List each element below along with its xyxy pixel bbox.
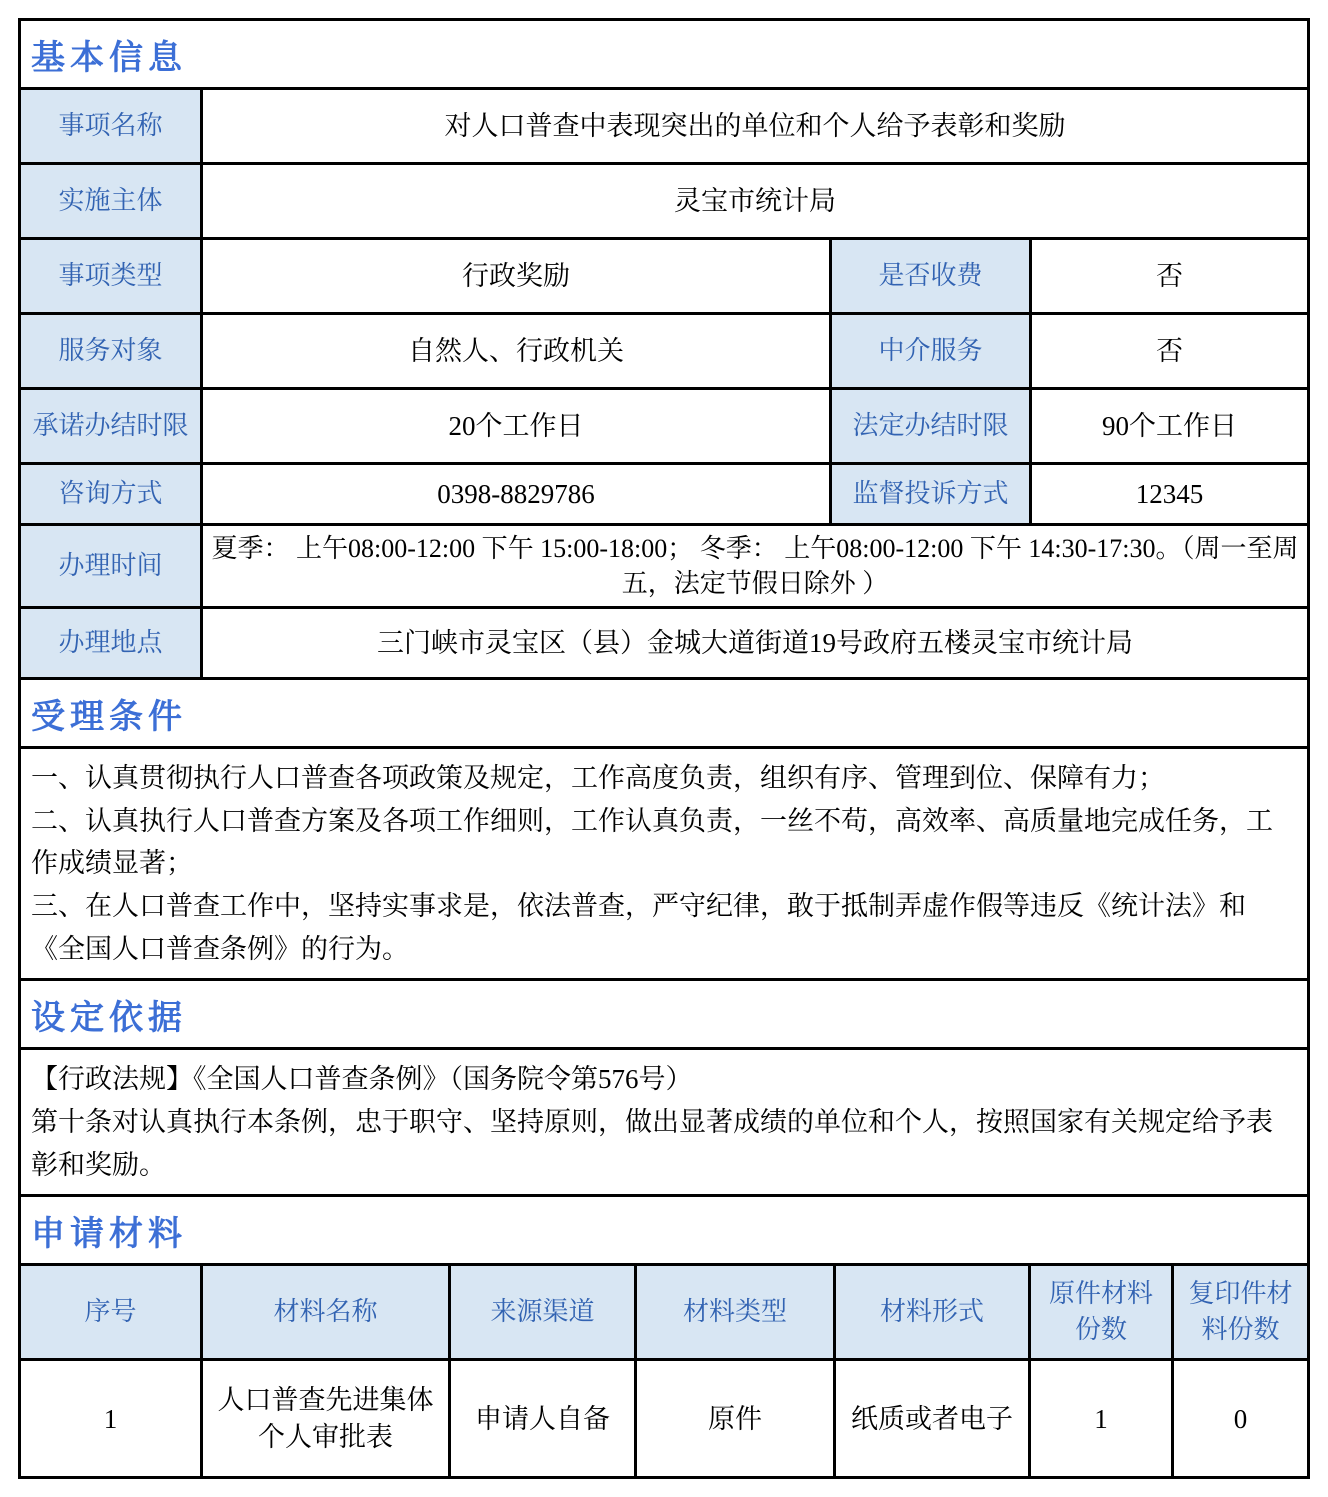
section-row-acceptance: 受理条件 — [21, 680, 1307, 746]
legal-limit-value: 90个工作日 — [1032, 390, 1307, 462]
row-contact: 咨询方式 0398-8829786 监督投诉方式 12345 — [21, 465, 1307, 523]
material-type: 原件 — [637, 1361, 833, 1476]
acceptance-line-1: 一、认真贯彻执行人口普查各项政策及规定，工作高度负责，组织有序、管理到位、保障有… — [31, 757, 1297, 800]
complaint-value: 12345 — [1032, 465, 1307, 523]
material-source: 申请人自备 — [451, 1361, 634, 1476]
basis-line-2: 第十条对认真执行本条例，忠于职守、坚持原则，做出显著成绩的单位和个人，按照国家有… — [31, 1101, 1297, 1186]
materials-col-index: 序号 — [21, 1266, 200, 1358]
materials-col-source: 来源渠道 — [451, 1266, 634, 1358]
agency-value: 否 — [1032, 315, 1307, 387]
material-name: 人口普查先进集体个人审批表 — [203, 1361, 448, 1476]
fee-label: 是否收费 — [832, 240, 1029, 312]
section-title-basic-info: 基本信息 — [21, 21, 1307, 87]
materials-col-original-count: 原件材料份数 — [1031, 1266, 1171, 1358]
acceptance-text-row: 一、认真贯彻执行人口普查各项政策及规定，工作高度负责，组织有序、管理到位、保障有… — [21, 749, 1307, 978]
basis-text: 【行政法规】《全国人口普查条例》（国务院令第576号） 第十条对认真执行本条例，… — [21, 1050, 1307, 1194]
material-original-count: 1 — [1031, 1361, 1171, 1476]
item-type-value: 行政奖励 — [203, 240, 829, 312]
fee-value: 否 — [1032, 240, 1307, 312]
section-title-basis: 设定依据 — [21, 981, 1307, 1047]
target-value: 自然人、行政机关 — [203, 315, 829, 387]
section-row-materials: 申请材料 — [21, 1197, 1307, 1263]
subject-label: 实施主体 — [21, 165, 200, 237]
section-title-materials: 申请材料 — [21, 1197, 1307, 1263]
office-hours-value: 夏季： 上午08:00-12:00 下午 15:00-18:00； 冬季： 上午… — [203, 526, 1307, 606]
section-title-acceptance: 受理条件 — [21, 680, 1307, 746]
materials-data-row: 1 人口普查先进集体个人审批表 申请人自备 原件 纸质或者电子 1 0 — [21, 1361, 1307, 1476]
subject-value: 灵宝市统计局 — [203, 165, 1307, 237]
consult-value: 0398-8829786 — [203, 465, 829, 523]
office-location-label: 办理地点 — [21, 609, 200, 677]
material-form: 纸质或者电子 — [836, 1361, 1028, 1476]
acceptance-line-3: 三、在人口普查工作中，坚持实事求是，依法普查，严守纪律，敢于抵制弄虚作假等违反《… — [31, 885, 1297, 970]
materials-col-copy-count: 复印件材料份数 — [1174, 1266, 1307, 1358]
section-row-basic-info: 基本信息 — [21, 21, 1307, 87]
promised-limit-value: 20个工作日 — [203, 390, 829, 462]
item-type-label: 事项类型 — [21, 240, 200, 312]
target-label: 服务对象 — [21, 315, 200, 387]
page: 基本信息 事项名称 对人口普查中表现突出的单位和个人给予表彰和奖励 实施主体 灵… — [0, 0, 1328, 1497]
material-copy-count: 0 — [1174, 1361, 1307, 1476]
row-office-location: 办理地点 三门峡市灵宝区（县）金城大道街道19号政府五楼灵宝市统计局 — [21, 609, 1307, 677]
material-index: 1 — [21, 1361, 200, 1476]
consult-label: 咨询方式 — [21, 465, 200, 523]
service-info-document: 基本信息 事项名称 对人口普查中表现突出的单位和个人给予表彰和奖励 实施主体 灵… — [18, 18, 1310, 1479]
legal-limit-label: 法定办结时限 — [832, 390, 1029, 462]
agency-label: 中介服务 — [832, 315, 1029, 387]
row-type-fee: 事项类型 行政奖励 是否收费 否 — [21, 240, 1307, 312]
row-target-agency: 服务对象 自然人、行政机关 中介服务 否 — [21, 315, 1307, 387]
materials-header-row: 序号 材料名称 来源渠道 材料类型 材料形式 原件材料份数 复印件材料份数 — [21, 1266, 1307, 1358]
acceptance-text: 一、认真贯彻执行人口普查各项政策及规定，工作高度负责，组织有序、管理到位、保障有… — [21, 749, 1307, 978]
item-name-label: 事项名称 — [21, 90, 200, 162]
materials-col-type: 材料类型 — [637, 1266, 833, 1358]
basis-line-1: 【行政法规】《全国人口普查条例》（国务院令第576号） — [31, 1058, 1297, 1101]
materials-col-form: 材料形式 — [836, 1266, 1028, 1358]
row-subject: 实施主体 灵宝市统计局 — [21, 165, 1307, 237]
row-office-hours: 办理时间 夏季： 上午08:00-12:00 下午 15:00-18:00； 冬… — [21, 526, 1307, 606]
office-location-value: 三门峡市灵宝区（县）金城大道街道19号政府五楼灵宝市统计局 — [203, 609, 1307, 677]
promised-limit-label: 承诺办结时限 — [21, 390, 200, 462]
office-hours-label: 办理时间 — [21, 526, 200, 606]
complaint-label: 监督投诉方式 — [832, 465, 1029, 523]
row-time-limits: 承诺办结时限 20个工作日 法定办结时限 90个工作日 — [21, 390, 1307, 462]
row-item-name: 事项名称 对人口普查中表现突出的单位和个人给予表彰和奖励 — [21, 90, 1307, 162]
materials-col-name: 材料名称 — [203, 1266, 448, 1358]
basis-text-row: 【行政法规】《全国人口普查条例》（国务院令第576号） 第十条对认真执行本条例，… — [21, 1050, 1307, 1194]
item-name-value: 对人口普查中表现突出的单位和个人给予表彰和奖励 — [203, 90, 1307, 162]
section-row-basis: 设定依据 — [21, 981, 1307, 1047]
acceptance-line-2: 二、认真执行人口普查方案及各项工作细则，工作认真负责，一丝不苟，高效率、高质量地… — [31, 800, 1297, 885]
